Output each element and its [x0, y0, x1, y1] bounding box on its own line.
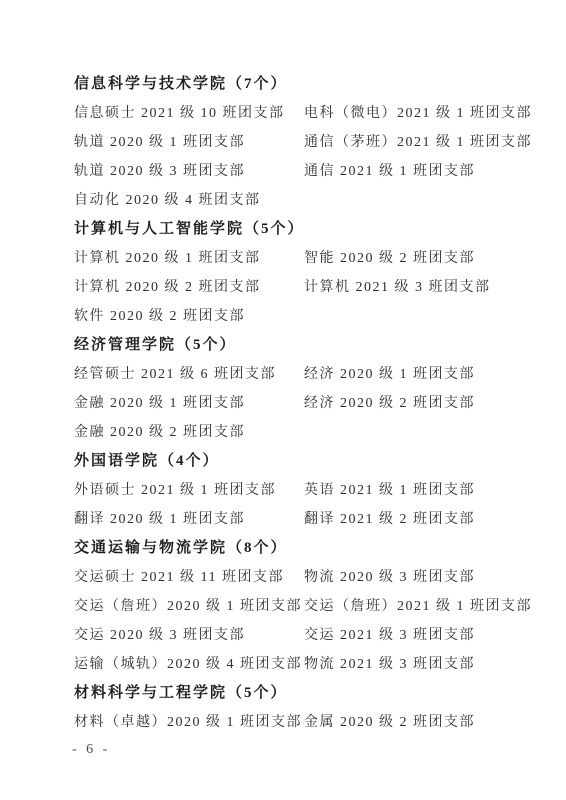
branch-cell-left: 运输（城轨）2020 级 4 班团支部: [74, 653, 304, 673]
branch-row: 经管硕士 2021 级 6 班团支部经济 2020 级 1 班团支部: [74, 358, 534, 387]
section-heading: 外国语学院（4个）: [74, 445, 534, 474]
branch-row: 外语硕士 2021 级 1 班团支部英语 2021 级 1 班团支部: [74, 474, 534, 503]
branch-cell-left: 交运硕士 2021 级 11 班团支部: [74, 566, 304, 586]
page-number: - 6 -: [72, 742, 110, 758]
branch-cell-right: 翻译 2021 级 2 班团支部: [304, 508, 534, 528]
branch-row: 轨道 2020 级 1 班团支部通信（茅班）2021 级 1 班团支部: [74, 126, 534, 155]
branch-cell-left: 软件 2020 级 2 班团支部: [74, 305, 304, 325]
branch-list: 信息科学与技术学院（7个）信息硕士 2021 级 10 班团支部电科（微电）20…: [74, 68, 534, 735]
section-heading: 信息科学与技术学院（7个）: [74, 68, 534, 97]
branch-cell-left: 轨道 2020 级 1 班团支部: [74, 131, 304, 151]
branch-cell-left: 信息硕士 2021 级 10 班团支部: [74, 102, 304, 122]
branch-cell-left: 外语硕士 2021 级 1 班团支部: [74, 479, 304, 499]
branch-cell-right: 物流 2020 级 3 班团支部: [304, 566, 534, 586]
branch-cell-left: 计算机 2020 级 1 班团支部: [74, 247, 304, 267]
branch-row: 交运 2020 级 3 班团支部交运 2021 级 3 班团支部: [74, 619, 534, 648]
branch-row: 信息硕士 2021 级 10 班团支部电科（微电）2021 级 1 班团支部: [74, 97, 534, 126]
branch-cell-left: 金融 2020 级 2 班团支部: [74, 421, 304, 441]
branch-cell-right: 物流 2021 级 3 班团支部: [304, 653, 534, 673]
branch-row: 金融 2020 级 2 班团支部: [74, 416, 534, 445]
branch-cell-left: 金融 2020 级 1 班团支部: [74, 392, 304, 412]
branch-cell-right: 交运（詹班）2021 级 1 班团支部: [304, 595, 534, 615]
branch-row: 材料（卓越）2020 级 1 班团支部金属 2020 级 2 班团支部: [74, 706, 534, 735]
branch-cell-left: 自动化 2020 级 4 班团支部: [74, 189, 304, 209]
branch-row: 轨道 2020 级 3 班团支部通信 2021 级 1 班团支部: [74, 155, 534, 184]
branch-row: 计算机 2020 级 2 班团支部计算机 2021 级 3 班团支部: [74, 271, 534, 300]
branch-row: 交运（詹班）2020 级 1 班团支部交运（詹班）2021 级 1 班团支部: [74, 590, 534, 619]
branch-cell-left: 交运 2020 级 3 班团支部: [74, 624, 304, 644]
branch-cell-right: 经济 2020 级 2 班团支部: [304, 392, 534, 412]
branch-row: 翻译 2020 级 1 班团支部翻译 2021 级 2 班团支部: [74, 503, 534, 532]
section-heading: 交通运输与物流学院（8个）: [74, 532, 534, 561]
page-footer: - 6 -: [72, 735, 110, 764]
branch-row: 软件 2020 级 2 班团支部: [74, 300, 534, 329]
section-heading: 材料科学与工程学院（5个）: [74, 677, 534, 706]
branch-cell-right: 英语 2021 级 1 班团支部: [304, 479, 534, 499]
branch-row: 计算机 2020 级 1 班团支部智能 2020 级 2 班团支部: [74, 242, 534, 271]
branch-cell-right: 电科（微电）2021 级 1 班团支部: [304, 102, 534, 122]
branch-cell-right: 通信（茅班）2021 级 1 班团支部: [304, 131, 534, 151]
branch-cell-left: 计算机 2020 级 2 班团支部: [74, 276, 304, 296]
branch-cell-left: 材料（卓越）2020 级 1 班团支部: [74, 711, 304, 731]
branch-row: 金融 2020 级 1 班团支部经济 2020 级 2 班团支部: [74, 387, 534, 416]
branch-cell-right: 交运 2021 级 3 班团支部: [304, 624, 534, 644]
branch-row: 交运硕士 2021 级 11 班团支部物流 2020 级 3 班团支部: [74, 561, 534, 590]
section-heading: 计算机与人工智能学院（5个）: [74, 213, 534, 242]
branch-cell-right: 智能 2020 级 2 班团支部: [304, 247, 534, 267]
branch-row: 运输（城轨）2020 级 4 班团支部物流 2021 级 3 班团支部: [74, 648, 534, 677]
document-page: 信息科学与技术学院（7个）信息硕士 2021 级 10 班团支部电科（微电）20…: [0, 0, 566, 800]
branch-cell-right: 金属 2020 级 2 班团支部: [304, 711, 534, 731]
branch-cell-left: 经管硕士 2021 级 6 班团支部: [74, 363, 304, 383]
branch-cell-left: 交运（詹班）2020 级 1 班团支部: [74, 595, 304, 615]
branch-cell-right: 计算机 2021 级 3 班团支部: [304, 276, 534, 296]
branch-cell-right: 通信 2021 级 1 班团支部: [304, 160, 534, 180]
section-heading: 经济管理学院（5个）: [74, 329, 534, 358]
branch-row: 自动化 2020 级 4 班团支部: [74, 184, 534, 213]
branch-cell-left: 轨道 2020 级 3 班团支部: [74, 160, 304, 180]
branch-cell-left: 翻译 2020 级 1 班团支部: [74, 508, 304, 528]
branch-cell-right: 经济 2020 级 1 班团支部: [304, 363, 534, 383]
